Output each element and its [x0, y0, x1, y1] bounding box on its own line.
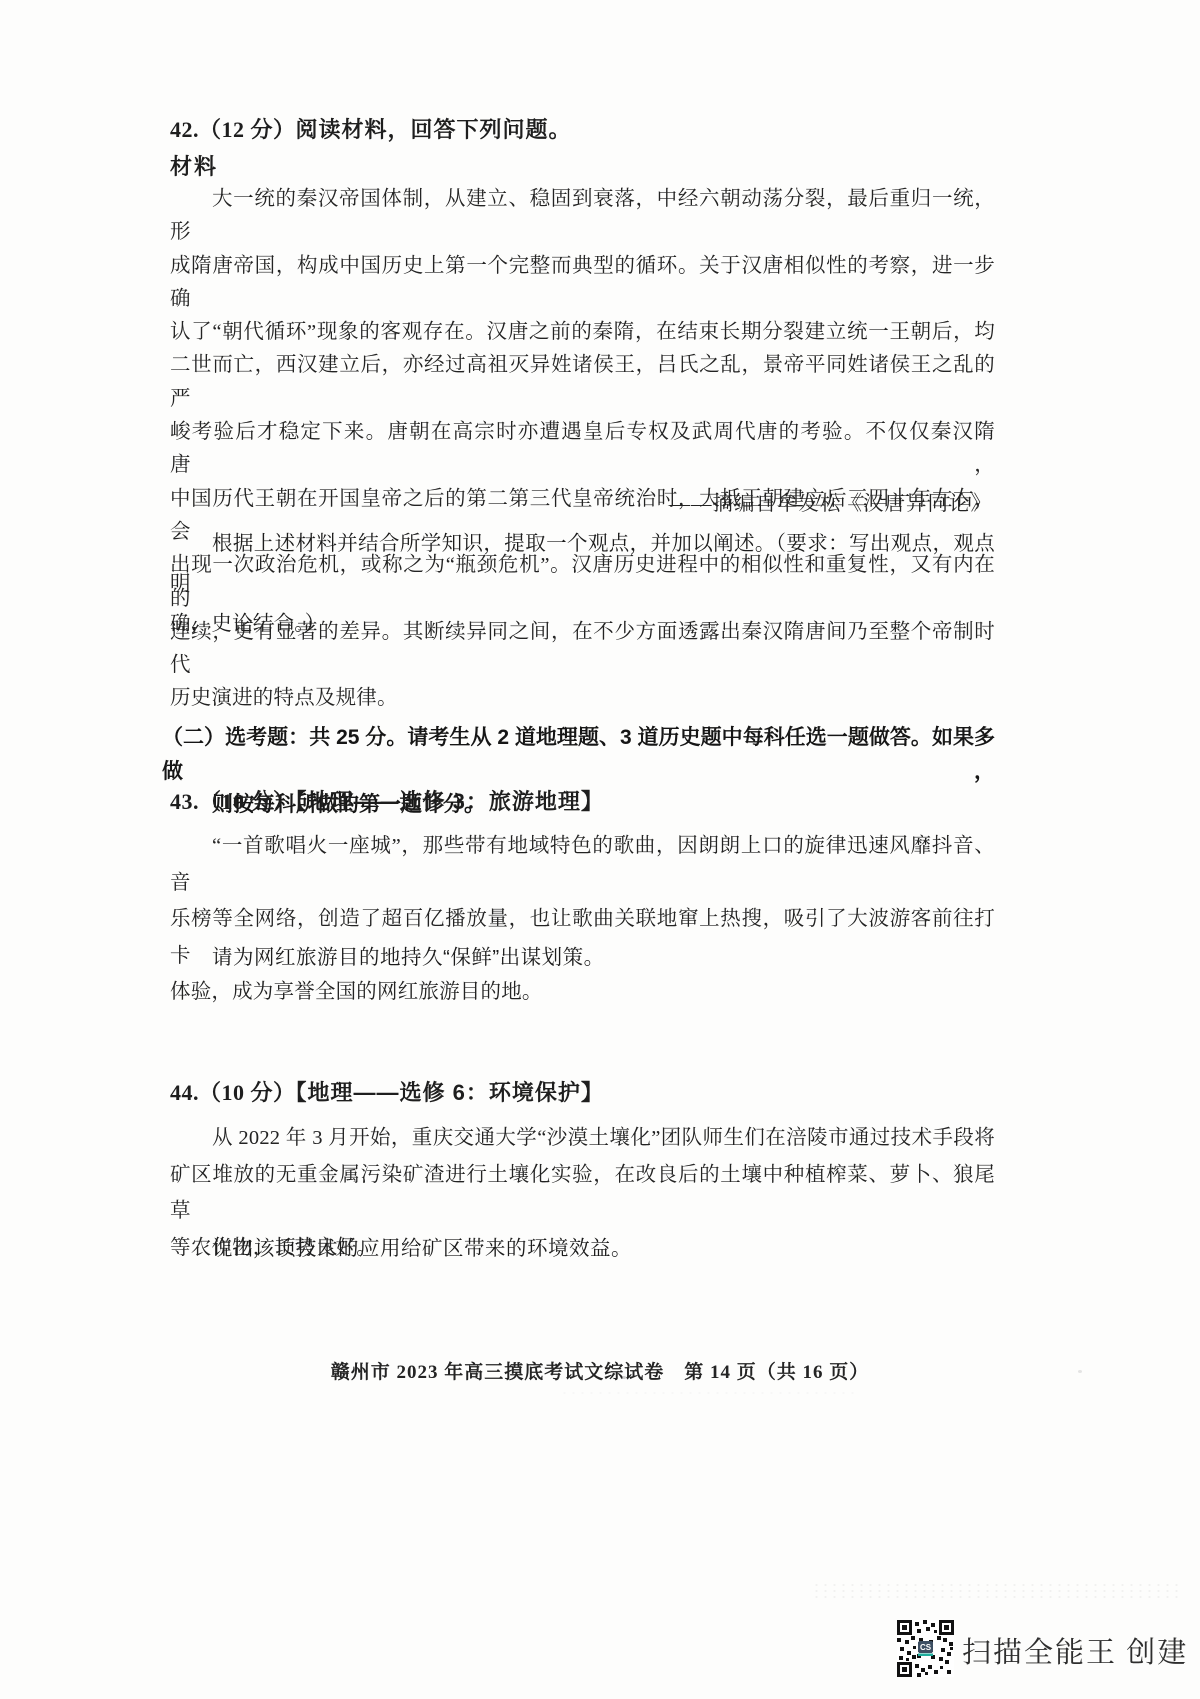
question-43-prompt: 请为网红旅游目的地持久“保鲜”出谋划策。: [212, 940, 1002, 970]
question-44-prompt: 说出该项技术的应用给矿区带来的环境效益。: [212, 1231, 1002, 1261]
question-42-number: 42.（12 分）: [170, 117, 296, 142]
page-footer: 赣州市 2023 年高三摸底考试文综试卷 第 14 页（共 16 页）: [0, 1357, 1200, 1384]
material-line: 认了“朝代循环”现象的客观存在。汉唐之前的秦隋，在结束长期分裂建立统一王朝后，均: [170, 316, 995, 349]
question-42-header: 42.（12 分）阅读材料，回答下列问题。: [170, 117, 1000, 143]
question-43-header: 43.（10 分）【地理——选修 3：旅游地理】: [170, 789, 1000, 815]
question-44-header: 44.（10 分）【地理——选修 6：环境保护】: [170, 1080, 1000, 1106]
material-line: 峻考验后才稳定下来。唐朝在高宗时亦遭遇皇后专权及武周代唐的考验。不仅仅秦汉隋唐，: [170, 416, 995, 483]
question-42-prompt: 根据上述材料并结合所学知识，提取一个观点，并加以阐述。（要求：写出观点，观点明 …: [170, 524, 995, 644]
material-line: 矿区堆放的无重金属污染矿渣进行土壤化实验，在改良后的土壤中种植榨菜、萝卜、狼尾草: [170, 1157, 995, 1230]
section-b-line: （二）选考题：共 25 分。请考生从 2 道地理题、3 道历史题中每科任选一题做…: [162, 721, 995, 788]
question-43-number: 43.（10 分）: [170, 789, 296, 814]
scan-speck: [622, 1376, 626, 1379]
material-line: 二世而亡，西汉建立后，亦经过高祖灭异姓诸侯王，吕氏之乱，景帝平同姓诸侯王之乱的严: [170, 349, 995, 416]
material-line: 大一统的秦汉帝国体制，从建立、稳固到衰落，中经六朝动荡分裂，最后重归一统，形: [170, 183, 995, 250]
material-label: 材料: [170, 150, 218, 181]
material-line: 历史演进的特点及规律。: [170, 682, 995, 715]
qr-logo-underline: [918, 1654, 933, 1657]
scan-noise-band: [812, 1582, 1178, 1598]
qr-logo-text: CS: [920, 1643, 932, 1652]
prompt-line: 确，史论结合。）: [170, 604, 995, 644]
material-line: 成隋唐帝国，构成中国历史上第一个完整而典型的循环。关于汉唐相似性的考察，进一步确: [170, 250, 995, 317]
exam-page: 42.（12 分）阅读材料，回答下列问题。 材料 大一统的秦汉帝国体制，从建立、…: [0, 0, 1200, 1699]
material-line: “一首歌唱火一座城”，那些带有地域特色的歌曲，因朗朗上口的旋律迅速风靡抖音、音: [170, 828, 995, 901]
question-43-title: 【地理——选修 3：旅游地理】: [296, 789, 604, 814]
material-line: 从 2022 年 3 月开始，重庆交通大学“沙漠土壤化”团队师生们在涪陵市通过技…: [170, 1120, 995, 1157]
scan-noise-band: [560, 1390, 860, 1398]
question-43-material: “一首歌唱火一座城”，那些带有地域特色的歌曲，因朗朗上口的旋律迅速风靡抖音、音 …: [170, 828, 995, 1011]
question-42-title: 阅读材料，回答下列问题。: [296, 117, 572, 142]
question-44-number: 44.（10 分）: [170, 1080, 296, 1105]
scan-speck: [1078, 1370, 1082, 1373]
material-attribution: ——摘编自牟发松《汉唐异同论》: [170, 486, 992, 516]
qr-code: CS: [897, 1620, 954, 1677]
material-line: 体验，成为享誉全国的网红旅游目的地。: [170, 974, 995, 1011]
prompt-line: 根据上述材料并结合所学知识，提取一个观点，并加以阐述。（要求：写出观点，观点明: [170, 524, 995, 604]
question-44-title: 【地理——选修 6：环境保护】: [296, 1080, 604, 1105]
scanner-watermark: 扫描全能王 创建: [962, 1630, 1188, 1671]
